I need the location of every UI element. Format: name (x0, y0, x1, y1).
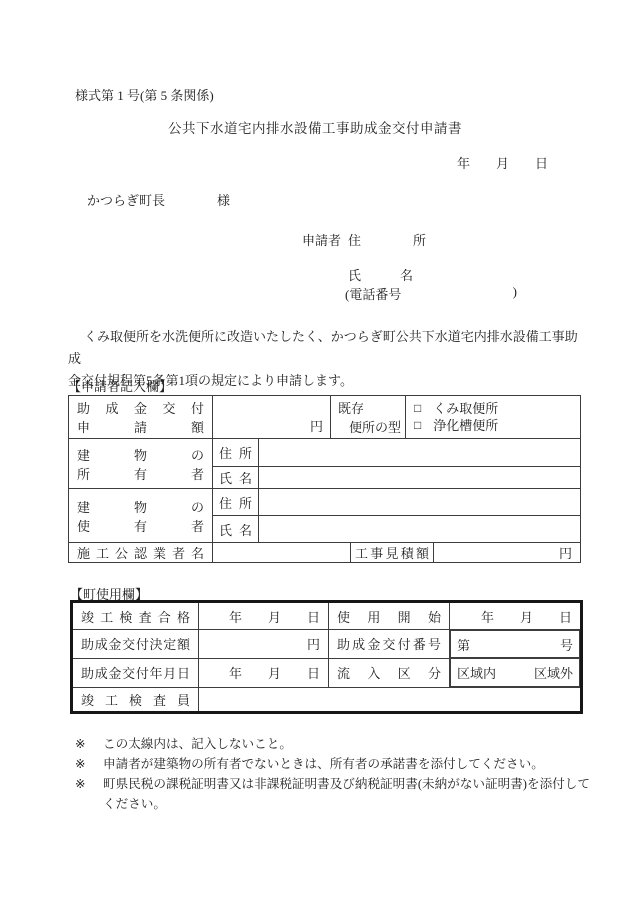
page-title: 公共下水道宅内排水設備工事助成金交付申請書 (0, 117, 630, 137)
option-jokaso: □ 浄化槽便所 (414, 417, 576, 434)
table-row: 助成金交付 申請額 円 既存 便所の型 □ くみ取便所 □ 浄化槽便所 (69, 396, 581, 439)
yen-unit: 円 (559, 546, 572, 561)
applicant-address-label: 住 所 (348, 230, 426, 249)
table-row: 助成金交付決定額 円 助成金交付番号 第 号 (72, 630, 582, 659)
grant-label-line2: 申請額 (77, 417, 204, 436)
completion-date-cell: 年 月 日 (199, 602, 329, 630)
owner-name-value-cell (259, 467, 581, 489)
applicant-label: 申請者 (302, 230, 341, 249)
applicant-phone-field: (電話番号 ) (345, 284, 517, 303)
note-text: 町県民税の課税証明書又は非課税証明書及び納税証明書(未納がない証明書)を添付して… (103, 774, 592, 814)
completion-inspection-label-cell: 竣工検査合格 (72, 602, 199, 630)
phone-label: (電話番号 (345, 284, 401, 303)
table-row: 竣工検査員 (72, 688, 582, 713)
jokaso-option-label: 浄化槽便所 (433, 417, 498, 434)
grant-amount-value-cell: 円 (213, 396, 331, 439)
yen-unit: 円 (310, 419, 323, 434)
existing-toilet-options-cell: □ くみ取便所 □ 浄化槽便所 (406, 396, 581, 439)
grant-amount-label-cell: 助成金交付 申請額 (69, 396, 213, 439)
usage-start-label-cell: 使用開始 (329, 602, 450, 630)
grant-number-value-cell: 第 号 (450, 630, 580, 658)
note-text: この太線内は、記入しないこと。 (103, 734, 292, 754)
user-name-sublabel: 氏名 (213, 516, 259, 543)
decided-amount-label-cell: 助成金交付決定額 (72, 630, 199, 659)
inflow-category-value-cell: 区域内 区域外 (450, 658, 580, 687)
notes-list: ※ この太線内は、記入しないこと。 ※ 申請者が建築物の所有者でないときは、所有… (75, 734, 592, 814)
inflow-category-label-cell: 流入区分 (329, 658, 450, 688)
note-item: ※ 申請者が建築物の所有者でないときは、所有者の承諾書を添付してください。 (75, 754, 592, 774)
form-number: 様式第 1 号(第 5 条関係) (75, 85, 214, 104)
phone-close-paren: ) (513, 284, 517, 303)
zone-inside-label: 区域内 (457, 663, 496, 682)
note-marker: ※ (75, 774, 103, 814)
note-marker: ※ (75, 754, 103, 774)
note-item: ※ この太線内は、記入しないこと。 (75, 734, 592, 754)
decided-amount-value-cell: 円 (199, 630, 329, 659)
applicant-section-title: 【申請者記入欄】 (68, 376, 172, 395)
usage-start-date-cell: 年 月 日 (450, 602, 582, 630)
owner-address-value-cell (259, 439, 581, 467)
contractor-value-cell (213, 543, 351, 563)
estimate-label-cell: 工事見積額 (351, 543, 434, 563)
table-row: 竣工検査合格 年 月 日 使用開始 年 月 日 (72, 602, 582, 630)
building-user-label-cell: 建物の 使有者 (69, 489, 213, 543)
building-owner-label-cell: 建物の 所有者 (69, 439, 213, 489)
date-field: 年 月 日 (457, 153, 548, 172)
number-prefix: 第 (457, 635, 470, 654)
user-label-line1: 建物の (77, 497, 204, 516)
table-row: 建物の 所有者 住所 (69, 439, 581, 467)
user-address-sublabel: 住所 (213, 489, 259, 516)
existing-toilet-type-label-cell: 既存 便所の型 (331, 396, 406, 439)
inspector-label-cell: 竣工検査員 (72, 688, 199, 713)
grant-date-value-cell: 年 月 日 (199, 658, 329, 688)
zone-outside-label: 区域外 (534, 663, 573, 682)
number-suffix: 号 (560, 635, 573, 654)
owner-label-line2: 所有者 (77, 464, 204, 483)
note-text: 申請者が建築物の所有者でないときは、所有者の承諾書を添付してください。 (103, 754, 544, 774)
applicant-entry-table: 助成金交付 申請額 円 既存 便所の型 □ くみ取便所 □ 浄化槽便所 (68, 395, 581, 563)
inspector-value-cell (199, 688, 582, 713)
application-form-page: 様式第 1 号(第 5 条関係) 公共下水道宅内排水設備工事助成金交付申請書 年… (0, 0, 630, 903)
body-line-1: くみ取便所を水洗便所に改造いたしたく、かつらぎ町公共下水道宅内排水設備工事助成 (68, 326, 582, 370)
user-name-value-cell (259, 516, 581, 543)
addressee-line: かつらぎ町長 様 (87, 190, 230, 209)
option-kumitori: □ くみ取便所 (414, 400, 576, 417)
owner-name-sublabel: 氏名 (213, 467, 259, 489)
owner-address-sublabel: 住所 (213, 439, 259, 467)
table-row: 助成金交付年月日 年 月 日 流入区分 区域内 区域外 (72, 658, 582, 688)
town-use-table: 竣工検査合格 年 月 日 使用開始 年 月 日 助成金交付決定額 円 助成金交付… (70, 600, 583, 714)
table-row: 建物の 使有者 住所 (69, 489, 581, 516)
owner-label-line1: 建物の (77, 445, 204, 464)
jokaso-checkbox-icon: □ (414, 417, 421, 434)
existing-label-line2: 便所の型 (338, 417, 401, 436)
grant-number-label-cell: 助成金交付番号 (329, 630, 450, 659)
kumitori-option-label: くみ取便所 (433, 400, 498, 417)
user-address-value-cell (259, 489, 581, 516)
grant-date-label-cell: 助成金交付年月日 (72, 658, 199, 688)
table-row: 施工公認業者名 工事見積額 円 (69, 543, 581, 563)
estimate-value-cell: 円 (434, 543, 581, 563)
contractor-label-cell: 施工公認業者名 (69, 543, 213, 563)
user-label-line2: 使有者 (77, 516, 204, 535)
existing-label-line1: 既存 (338, 398, 401, 417)
grant-label-line1: 助成金交付 (77, 398, 204, 417)
note-item: ※ 町県民税の課税証明書又は非課税証明書及び納税証明書(未納がない証明書)を添付… (75, 774, 592, 814)
kumitori-checkbox-icon: □ (414, 400, 421, 417)
note-marker: ※ (75, 734, 103, 754)
applicant-name-label: 氏 名 (348, 265, 413, 284)
